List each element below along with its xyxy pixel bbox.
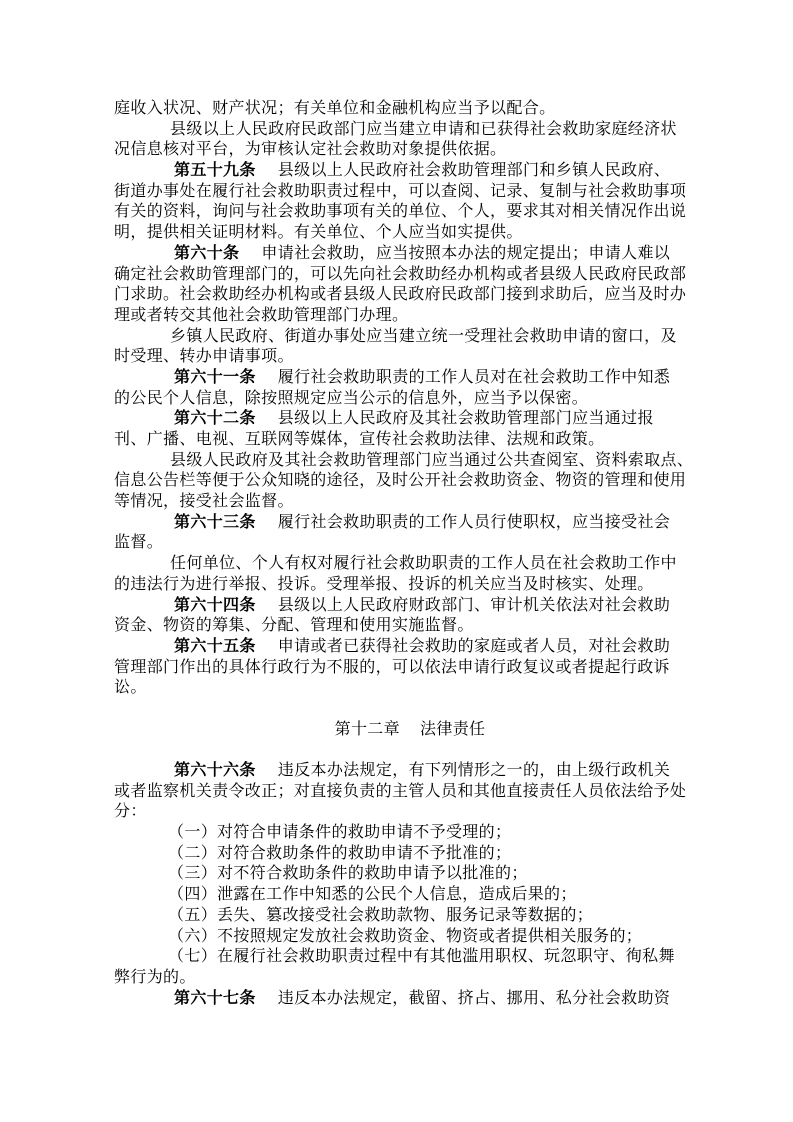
paragraph-text-line: 的违法行为进行举报、投诉。受理举报、投诉的机关应当及时核实、处理。 [114, 575, 706, 596]
article-text-line: 刊、广播、电视、互联网等媒体，宣传社会救助法律、法规和政策。 [114, 430, 706, 451]
paragraph-text-line: 任何单位、个人有权对履行社会救助职责的工作人员在社会救助工作中 [114, 554, 706, 575]
article-text-line: 管理部门作出的具体行政行为不服的，可以依法申请行政复议或者提起行政诉 [114, 658, 706, 679]
article-number: 第五十九条 [174, 162, 256, 179]
article-text-line: 的公民个人信息，除按照规定应当公示的信息外，应当予以保密。 [114, 389, 706, 410]
list-item-line: （六）不按照规定发放社会救助资金、物资或者提供相关服务的； [114, 927, 706, 948]
chapter-title: 法律责任 [420, 721, 485, 738]
article-text-line: 第六十三条履行社会救助职责的工作人员行使职权，应当接受社会 [114, 513, 706, 534]
article-number: 第六十条 [174, 245, 239, 262]
article-text-line: 第六十一条履行社会救助职责的工作人员对在社会救助工作中知悉 [114, 368, 706, 389]
article-text-line: 第六十二条县级以上人民政府及其社会救助管理部门应当通过报 [114, 409, 706, 430]
list-item-line: （七）在履行社会救助职责过程中有其他滥用职权、玩忽职守、徇私舞 [114, 947, 706, 968]
article-text-line: 第六十条申请社会救助，应当按照本办法的规定提出；申请人难以 [114, 244, 706, 265]
article-text-line: 第六十七条违反本办法规定，截留、挤占、挪用、私分社会救助资 [114, 989, 706, 1010]
article-text-line: 第六十四条县级以上人民政府财政部门、审计机关依法对社会救助 [114, 596, 706, 617]
article-number: 第六十四条 [174, 597, 256, 614]
article-text-line: 资金、物资的筹集、分配、管理和使用实施监督。 [114, 616, 706, 637]
chapter-heading: 第十二章法律责任 [114, 720, 706, 741]
chapter-number: 第十二章 [335, 721, 400, 738]
paragraph-text-line: 信息公告栏等便于公众知晓的途径，及时公开社会救助资金、物资的管理和使用 [114, 471, 706, 492]
article-text-line: 监督。 [114, 533, 706, 554]
article-text-line: 或者监察机关责令改正；对直接负责的主管人员和其他直接责任人员依法给予处 [114, 782, 706, 803]
article-text-line: 第六十六条违反本办法规定，有下列情形之一的，由上级行政机关 [114, 761, 706, 782]
list-item-line: （五）丢失、篡改接受社会救助款物、服务记录等数据的； [114, 906, 706, 927]
article-text-line: 街道办事处在履行社会救助职责过程中，可以查阅、记录、复制与社会救助事项 [114, 182, 706, 203]
article-number: 第六十一条 [174, 369, 256, 386]
article-text-line: 第六十五条申请或者已获得社会救助的家庭或者人员，对社会救助 [114, 637, 706, 658]
list-item-line: （三）对不符合救助条件的救助申请予以批准的； [114, 864, 706, 885]
article-text-line: 明，提供相关证明材料。有关单位、个人应当如实提供。 [114, 223, 706, 244]
article-number: 第六十二条 [174, 410, 256, 427]
article-text-line: 分： [114, 802, 706, 823]
list-item-line: （一）对符合申请条件的救助申请不予受理的； [114, 823, 706, 844]
article-text-line: 确定社会救助管理部门的，可以先向社会救助经办机构或者县级人民政府民政部 [114, 265, 706, 286]
article-text-line: 第五十九条县级以上人民政府社会救助管理部门和乡镇人民政府、 [114, 161, 706, 182]
article-text-line: 理或者转交其他社会救助管理部门办理。 [114, 306, 706, 327]
paragraph-text-line: 等情况，接受社会监督。 [114, 492, 706, 513]
paragraph-text-line: 县级人民政府及其社会救助管理部门应当通过公共查阅室、资料索取点、 [114, 451, 706, 472]
article-number: 第六十七条 [174, 990, 256, 1007]
paragraph-text-line: 县级以上人民政府民政部门应当建立申请和已获得社会救助家庭经济状 [114, 120, 706, 141]
article-text-line: 门求助。社会救助经办机构或者县级人民政府民政部门接到求助后，应当及时办 [114, 285, 706, 306]
article-text-line: 讼。 [114, 678, 706, 699]
article-number: 第六十五条 [174, 638, 256, 655]
list-item-line: （二）对符合救助条件的救助申请不予批准的； [114, 844, 706, 865]
document-body: 庭收入状况、财产状况；有关单位和金融机构应当予以配合。县级以上人民政府民政部门应… [114, 99, 706, 1009]
article-number: 第六十六条 [174, 762, 256, 779]
paragraph-text-line: 时受理、转办申请事项。 [114, 347, 706, 368]
legal-document-page: 庭收入状况、财产状况；有关单位和金融机构应当予以配合。县级以上人民政府民政部门应… [0, 0, 793, 1122]
paragraph-text-line: 乡镇人民政府、街道办事处应当建立统一受理社会救助申请的窗口，及 [114, 327, 706, 348]
article-text-line: 有关的资料，询问与社会救助事项有关的单位、个人，要求其对相关情况作出说 [114, 202, 706, 223]
article-number: 第六十三条 [174, 514, 256, 531]
list-item-line: 弊行为的。 [114, 968, 706, 989]
paragraph-text-line: 庭收入状况、财产状况；有关单位和金融机构应当予以配合。 [114, 99, 706, 120]
list-item-line: （四）泄露在工作中知悉的公民个人信息，造成后果的； [114, 885, 706, 906]
paragraph-text-line: 况信息核对平台，为审核认定社会救助对象提供依据。 [114, 140, 706, 161]
